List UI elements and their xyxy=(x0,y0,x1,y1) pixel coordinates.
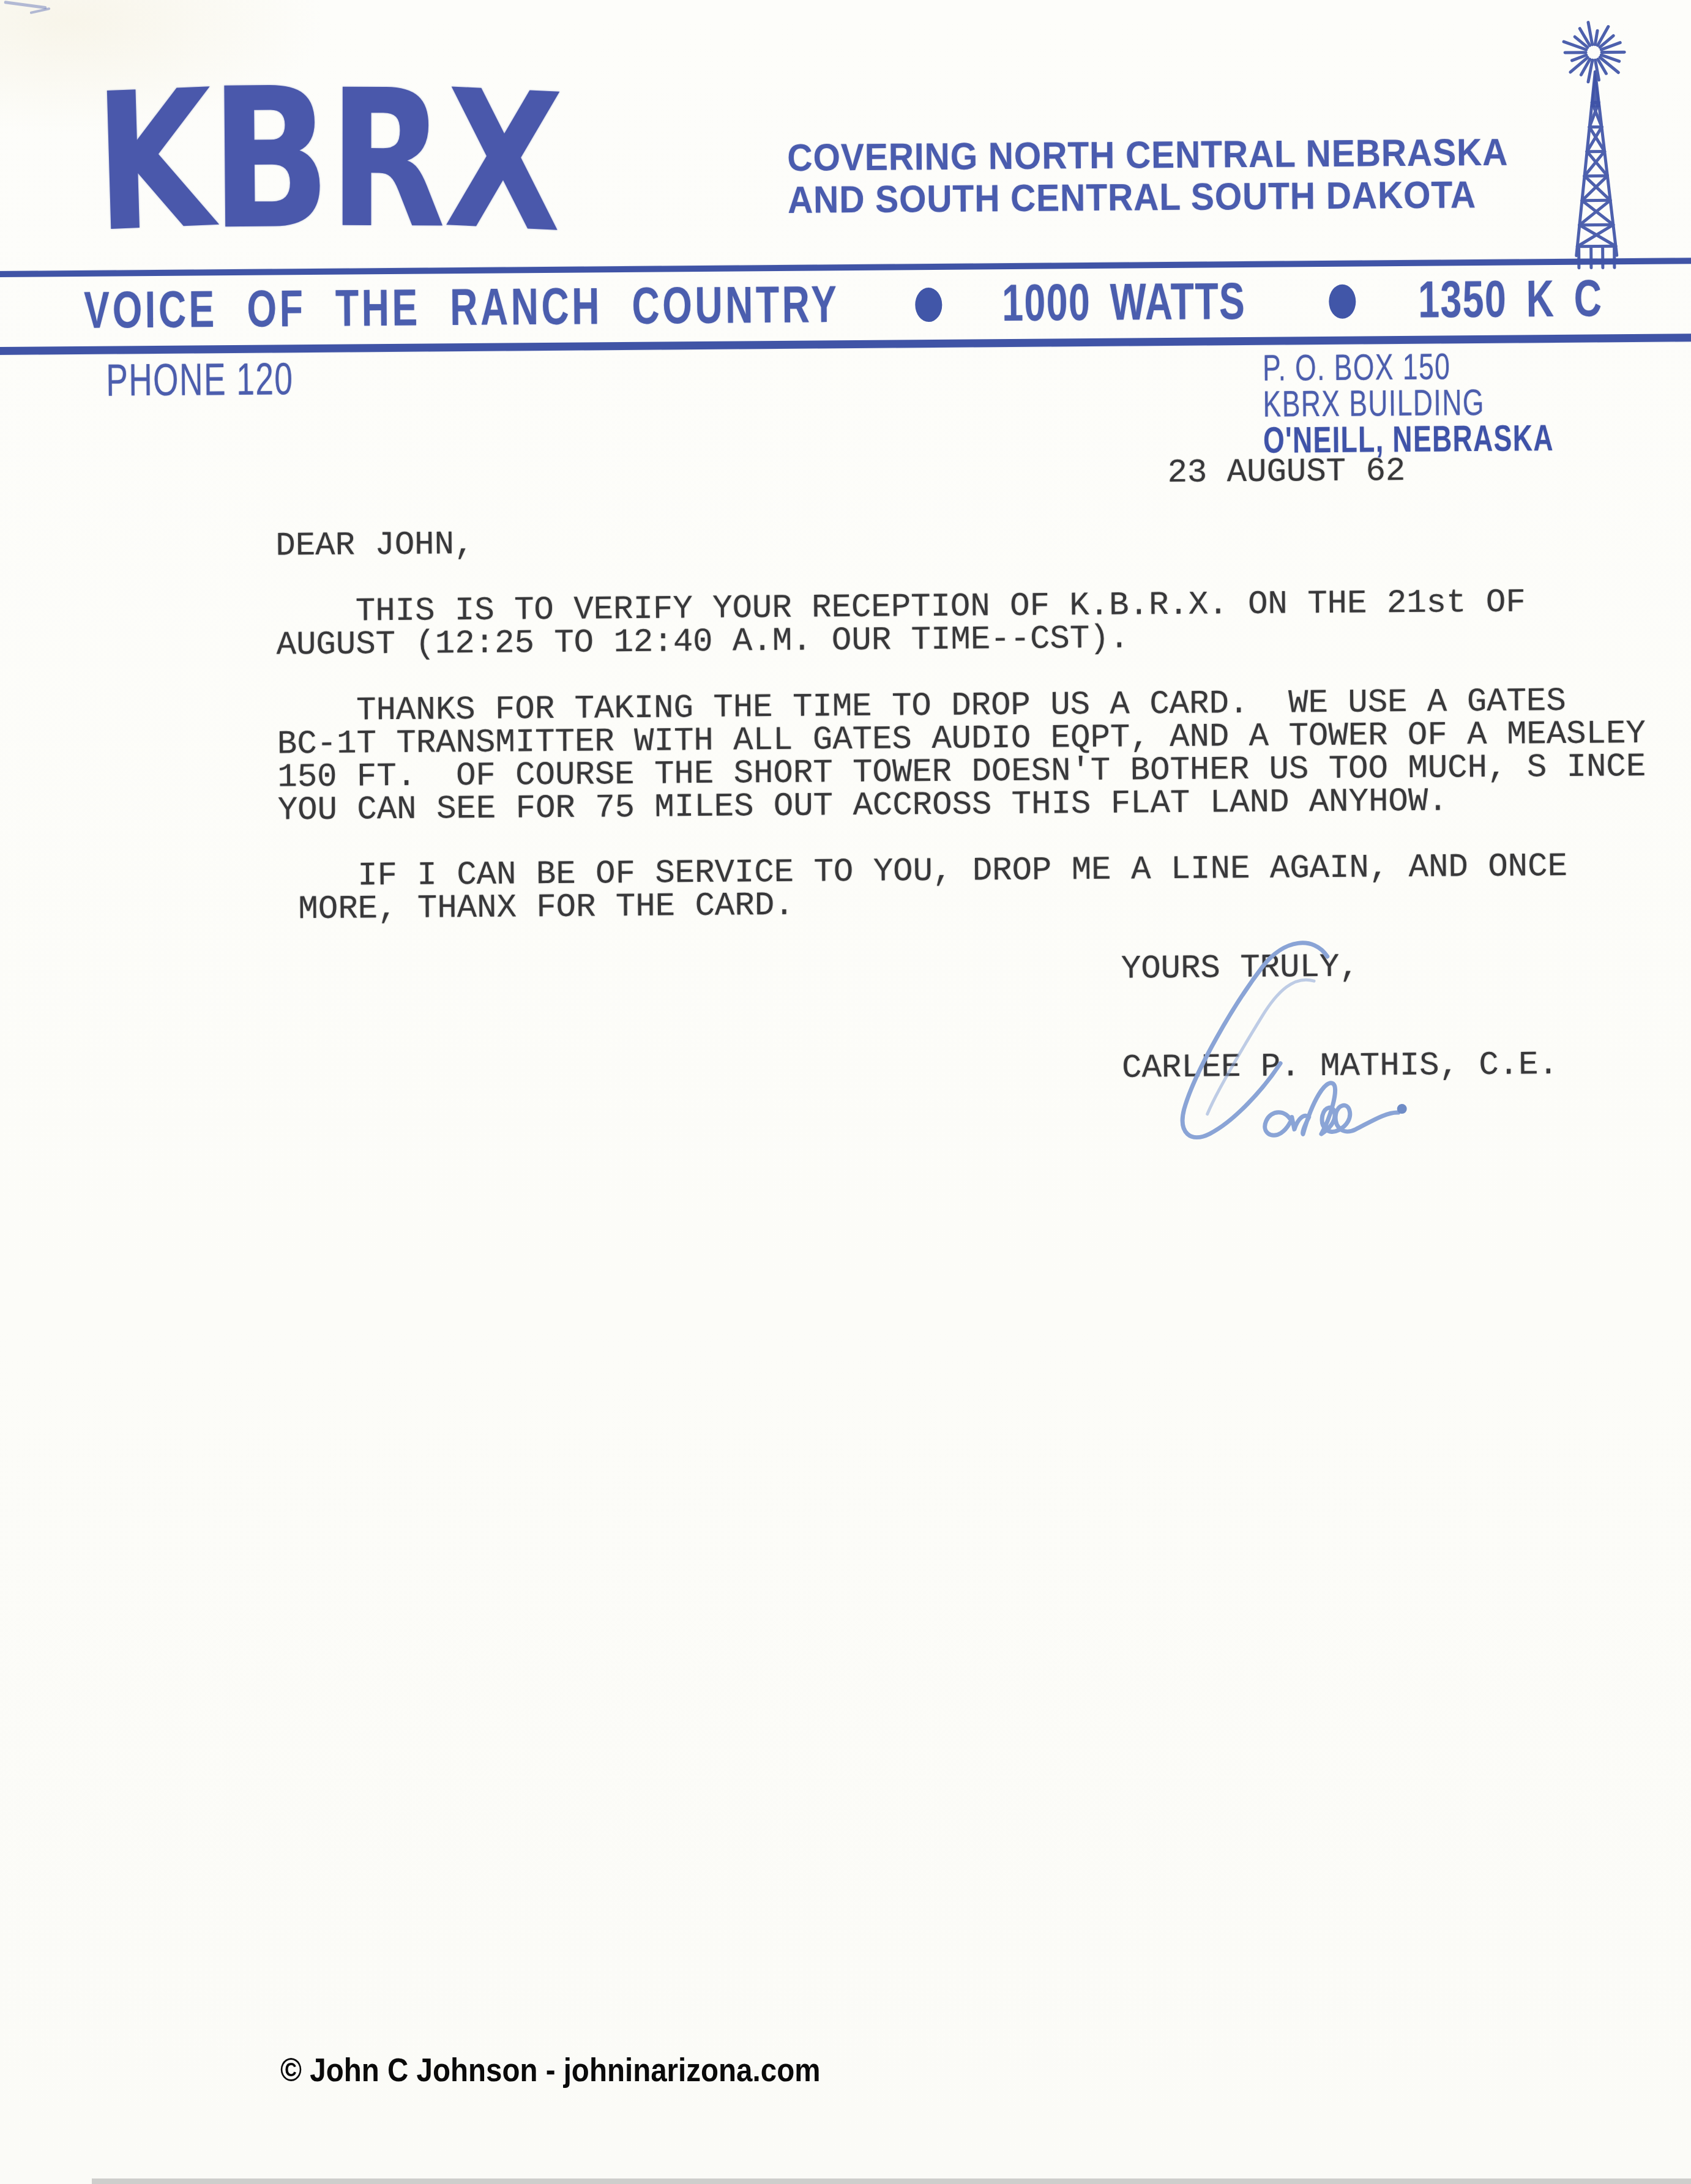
phone-number: PHONE 120 xyxy=(106,352,294,406)
logo-letter: K xyxy=(92,65,215,259)
handwritten-signature xyxy=(1130,923,1450,1152)
typed-line: AUGUST (12:25 TO 12:40 A.M. OUR TIME--CS… xyxy=(276,619,1644,663)
bullet-dot-icon xyxy=(1329,285,1356,319)
radio-tower-icon xyxy=(1559,17,1634,272)
address-line-po-box: P. O. BOX 150 xyxy=(1263,348,1553,386)
slogan-band: VOICE OF THE RANCH COUNTRY 1000 WATTS 13… xyxy=(0,258,1691,355)
address-line-city: O'NEILL, NEBRASKA xyxy=(1263,420,1554,458)
band-frequency: 1350 K C xyxy=(1418,269,1603,330)
scan-content: KBRX COVERING NORTH CENTRAL NEBRASKA AND… xyxy=(0,0,1691,2184)
bullet-dot-icon xyxy=(915,288,942,322)
coverage-line-1: COVERING NORTH CENTRAL NEBRASKA xyxy=(787,132,1508,179)
paragraph-2: THANKS FOR TAKING THE TIME TO DROP US A … xyxy=(277,685,1646,828)
letter-date: 23 AUGUST 62 xyxy=(275,453,1643,498)
coverage-text: COVERING NORTH CENTRAL NEBRASKA AND SOUT… xyxy=(787,132,1509,222)
station-logo: KBRX xyxy=(94,64,563,258)
paragraph-3: IF I CAN BE OF SERVICE TO YOU, DROP ME A… xyxy=(278,850,1647,927)
scanned-letter-page: KBRX COVERING NORTH CENTRAL NEBRASKA AND… xyxy=(0,0,1691,2184)
address-block: P. O. BOX 150 KBRX BUILDING O'NEILL, NEB… xyxy=(1263,348,1554,458)
salutation: DEAR JOHN, xyxy=(275,520,1644,564)
typed-line: YOU CAN SEE FOR 75 MILES OUT ACCROSS THI… xyxy=(278,784,1646,828)
scan-artifact xyxy=(4,1,47,9)
coverage-line-2: AND SOUTH CENTRAL SOUTH DAKOTA xyxy=(788,174,1509,222)
logo-letter: B xyxy=(210,63,332,258)
logo-letter: X xyxy=(442,65,564,260)
copyright-credit: © John C Johnson - johninarizona.com xyxy=(280,2051,820,2089)
address-line-building: KBRX BUILDING xyxy=(1263,384,1553,422)
band-slogan: VOICE OF THE RANCH COUNTRY xyxy=(84,275,840,340)
logo-letter: R xyxy=(329,65,446,256)
scanner-edge xyxy=(92,2178,1691,2184)
paragraph-1: THIS IS TO VERIFY YOUR RECEPTION OF K.B.… xyxy=(276,586,1645,663)
band-power: 1000 WATTS xyxy=(1002,271,1246,333)
